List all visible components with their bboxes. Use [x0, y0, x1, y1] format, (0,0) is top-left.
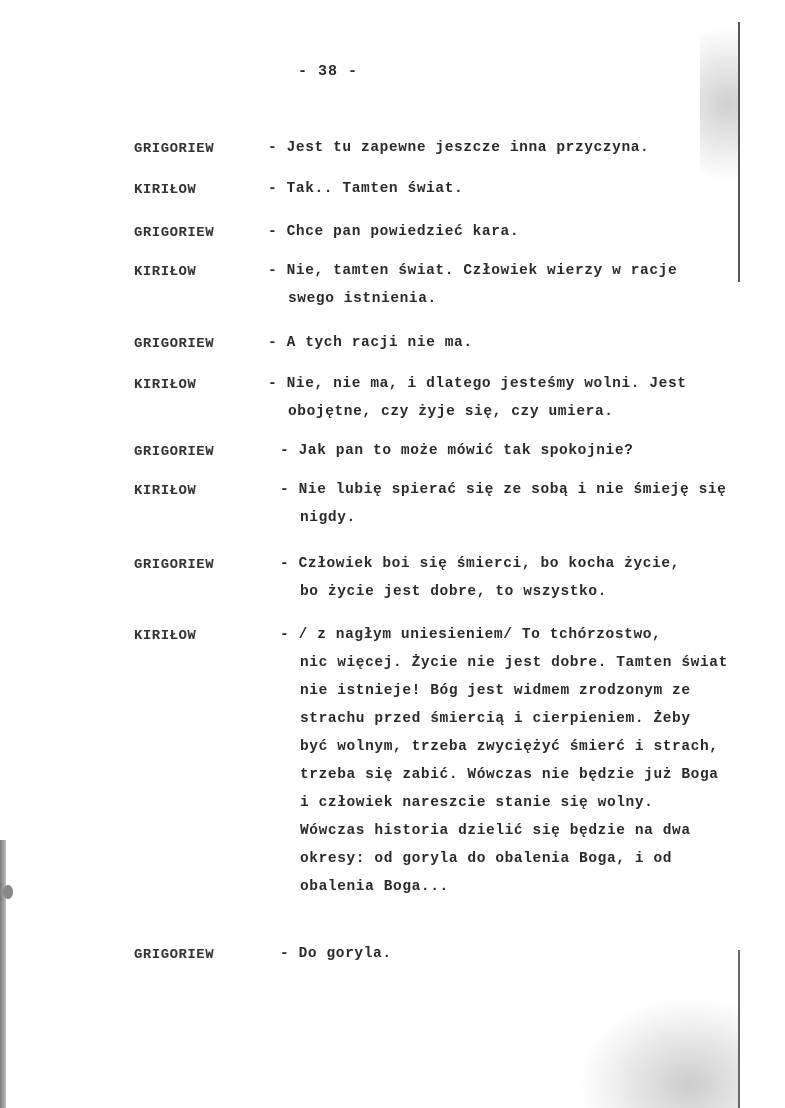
- speech-line: - Do goryla.: [280, 946, 392, 962]
- scan-fold-line: [738, 22, 740, 282]
- document-page: - 38 - GRIGORIEW- Jest tu zapewne jeszcz…: [0, 0, 785, 1108]
- speech-line: - Jest tu zapewne jeszcze inna przyczyna…: [268, 140, 649, 156]
- speech-line: - A tych racji nie ma.: [268, 335, 473, 351]
- speaker-name: KIRIŁOW: [134, 628, 196, 644]
- speech-line: - Chce pan powiedzieć kara.: [268, 224, 519, 240]
- speech-line: nie istnieje! Bóg jest widmem zrodzonym …: [300, 683, 691, 699]
- scan-edge-shadow: [0, 840, 6, 1108]
- speech-line: nigdy.: [300, 510, 356, 526]
- speaker-name: GRIGORIEW: [134, 336, 214, 352]
- speaker-name: KIRIŁOW: [134, 483, 196, 499]
- speech-line: bo życie jest dobre, to wszystko.: [300, 584, 607, 600]
- speaker-name: GRIGORIEW: [134, 444, 214, 460]
- speech-line: - Nie lubię spierać się ze sobą i nie śm…: [280, 482, 726, 498]
- speech-line: - Nie, nie ma, i dlatego jesteśmy wolni.…: [268, 376, 687, 392]
- speech-line: - Jak pan to może mówić tak spokojnie?: [280, 443, 633, 459]
- page-number: - 38 -: [298, 63, 358, 80]
- speech-line: Wówczas historia dzielić się będzie na d…: [300, 823, 691, 839]
- speech-line: nic więcej. Życie nie jest dobre. Tamten…: [300, 655, 728, 671]
- speaker-name: GRIGORIEW: [134, 141, 214, 157]
- scan-noise-bottom: [570, 990, 740, 1108]
- speaker-name: KIRIŁOW: [134, 182, 196, 198]
- speech-line: - / z nagłym uniesieniem/ To tchórzostwo…: [280, 627, 661, 643]
- speech-line: obalenia Boga...: [300, 879, 449, 895]
- speaker-name: GRIGORIEW: [134, 947, 214, 963]
- speech-line: strachu przed śmiercią i cierpieniem. Że…: [300, 711, 691, 727]
- speaker-name: GRIGORIEW: [134, 557, 214, 573]
- speaker-name: KIRIŁOW: [134, 264, 196, 280]
- speech-line: obojętne, czy żyje się, czy umiera.: [288, 404, 614, 420]
- speech-line: - Tak.. Tamten świat.: [268, 181, 463, 197]
- speech-line: - Człowiek boi się śmierci, bo kocha życ…: [280, 556, 680, 572]
- scan-blot: [3, 885, 13, 899]
- speech-line: - Nie, tamten świat. Człowiek wierzy w r…: [268, 263, 677, 279]
- speaker-name: GRIGORIEW: [134, 225, 214, 241]
- speech-line: być wolnym, trzeba zwyciężyć śmierć i st…: [300, 739, 719, 755]
- speech-line: trzeba się zabić. Wówczas nie będzie już…: [300, 767, 719, 783]
- speech-line: i człowiek nareszcie stanie się wolny.: [300, 795, 653, 811]
- speech-line: swego istnienia.: [288, 291, 437, 307]
- scan-noise: [700, 20, 740, 230]
- speech-line: okresy: od goryla do obalenia Boga, i od: [300, 851, 672, 867]
- speaker-name: KIRIŁOW: [134, 377, 196, 393]
